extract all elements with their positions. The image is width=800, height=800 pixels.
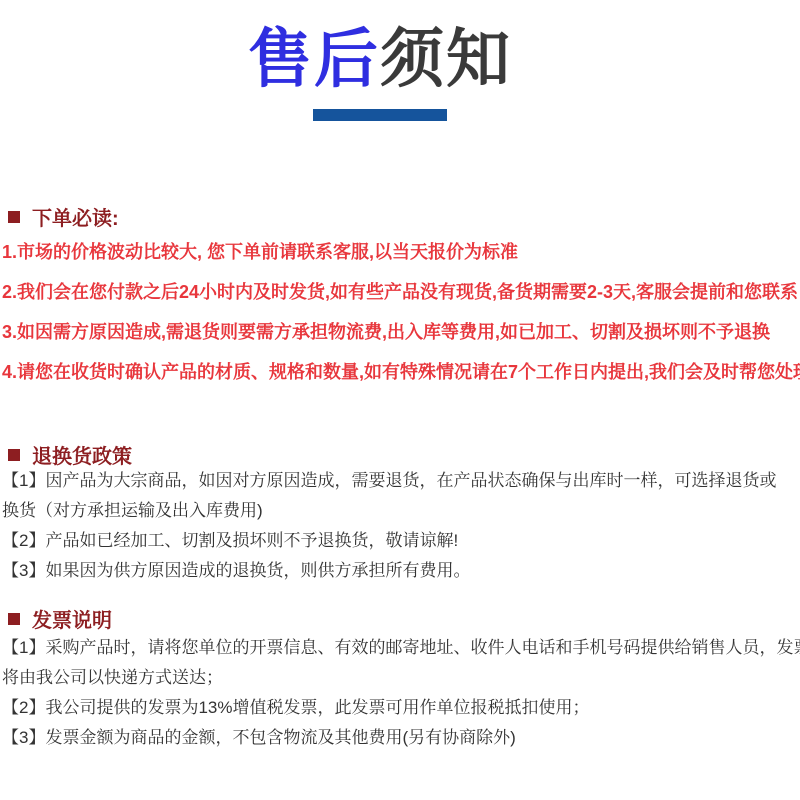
invoice-info-line: 将由我公司以快递方式送达；	[2, 663, 800, 693]
return-policy-line: 【1】因产品为大宗商品，如因对方原因造成，需要退货，在产品状态确保与出库时一样，…	[2, 466, 800, 496]
order-note-line: 3.如因需方原因造成,需退货则要需方承担物流费,出入库等费用,如已加工、切割及损…	[2, 312, 800, 352]
title-underline-bar	[313, 109, 447, 121]
page-title-rest: 须知	[380, 23, 512, 95]
invoice-info-line: 【3】发票金额为商品的金额，不包含物流及其他费用(另有协商除外)	[2, 723, 800, 753]
section-heading-label: 退换货政策	[32, 440, 132, 469]
section-heading-order-notes: 下单必读:	[8, 202, 119, 231]
square-bullet-icon	[8, 613, 20, 625]
return-policy-line: 【2】产品如已经加工、切割及损坏则不予退换货，敬请谅解!	[2, 526, 800, 556]
section-heading-invoice-info: 发票说明	[8, 604, 112, 633]
page-title-highlight: 售后	[248, 23, 380, 95]
section-heading-label: 发票说明	[32, 604, 112, 633]
order-notes-list: 1.市场的价格波动比较大, 您下单前请联系客服,以当天报价为标准 2.我们会在您…	[2, 232, 800, 392]
invoice-info-list: 【1】采购产品时，请将您单位的开票信息、有效的邮寄地址、收件人电话和手机号码提供…	[2, 633, 800, 753]
order-note-line: 2.我们会在您付款之后24小时内及时发货,如有些产品没有现货,备货期需要2-3天…	[2, 272, 800, 312]
page-title: 售后须知	[0, 24, 760, 94]
square-bullet-icon	[8, 449, 20, 461]
return-policy-list: 【1】因产品为大宗商品，如因对方原因造成，需要退货，在产品状态确保与出库时一样，…	[2, 466, 800, 586]
order-note-line: 1.市场的价格波动比较大, 您下单前请联系客服,以当天报价为标准	[2, 232, 800, 272]
order-note-line: 4.请您在收货时确认产品的材质、规格和数量,如有特殊情况请在7个工作日内提出,我…	[2, 352, 800, 392]
section-heading-return-policy: 退换货政策	[8, 440, 132, 469]
invoice-info-line: 【2】我公司提供的发票为13%增值税发票，此发票可用作单位报税抵扣使用；	[2, 693, 800, 723]
after-sales-notice-page: 售后须知 下单必读: 1.市场的价格波动比较大, 您下单前请联系客服,以当天报价…	[0, 0, 800, 800]
invoice-info-line: 【1】采购产品时，请将您单位的开票信息、有效的邮寄地址、收件人电话和手机号码提供…	[2, 633, 800, 663]
return-policy-line: 换货（对方承担运输及出入库费用)	[2, 496, 800, 526]
square-bullet-icon	[8, 211, 20, 223]
section-heading-label: 下单必读:	[32, 202, 119, 231]
return-policy-line: 【3】如果因为供方原因造成的退换货，则供方承担所有费用。	[2, 556, 800, 586]
